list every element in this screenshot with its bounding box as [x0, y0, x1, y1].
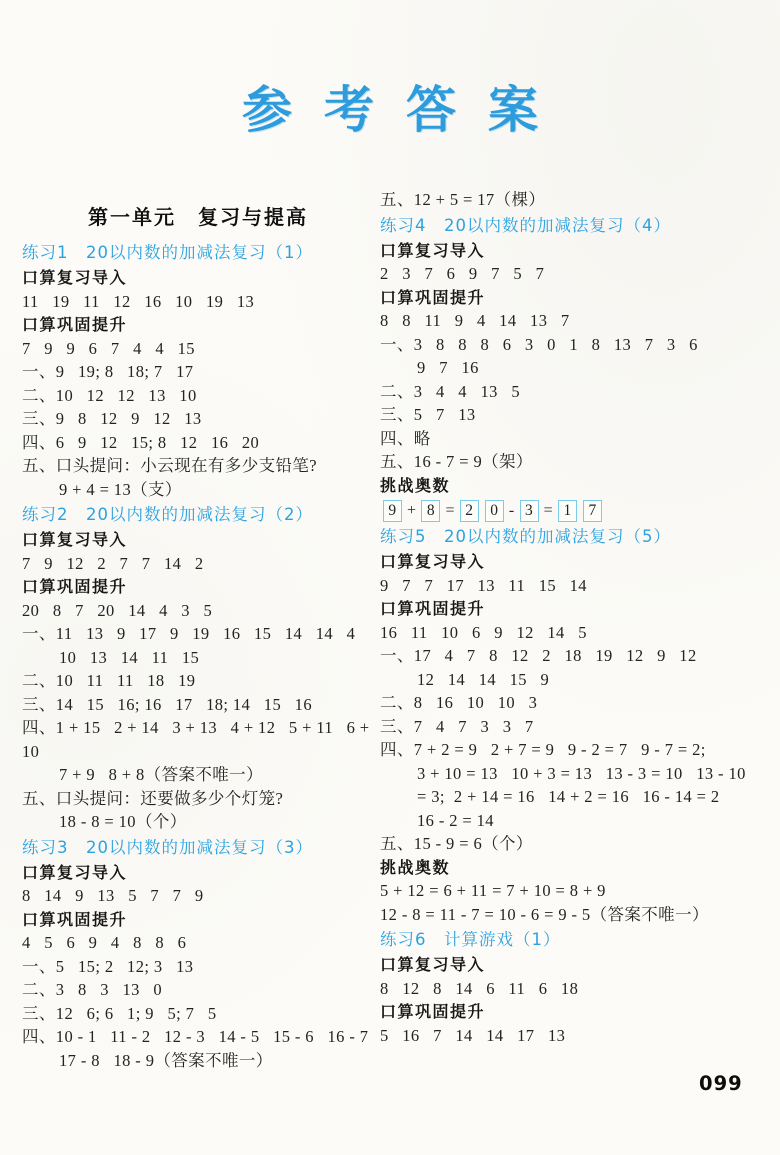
answer-line: 四、略	[380, 427, 752, 451]
answer-line: 一、5 15; 2 12; 3 13	[22, 955, 374, 979]
operator: =	[445, 502, 454, 519]
answer-line-continued: 3 + 10 = 13 10 + 3 = 13 13 - 3 = 10 13 -…	[380, 762, 752, 786]
boxed-digit: 7	[583, 500, 602, 522]
answer-line: 三、9 8 12 9 12 13	[22, 407, 374, 431]
right-column: 五、12 + 5 = 17（棵）练习4 20以内数的加减法复习（4）口算复习导入…	[380, 188, 752, 1047]
answer-line: 二、10 11 11 18 19	[22, 669, 374, 693]
answer-line: 12 - 8 = 11 - 7 = 10 - 6 = 9 - 5（答案不唯一）	[380, 903, 752, 927]
answer-line: 一、17 4 7 8 12 2 18 19 12 9 12	[380, 644, 752, 668]
answer-line: 11 19 11 12 16 10 19 13	[22, 290, 374, 314]
subsection-header: 口算复习导入	[22, 266, 374, 290]
subsection-header: 口算复习导入	[380, 550, 752, 574]
answer-line: 二、8 16 10 10 3	[380, 691, 752, 715]
answer-line: 4 5 6 9 4 8 8 6	[22, 931, 374, 955]
answer-line-continued: 10 13 14 11 15	[22, 646, 374, 670]
answer-line: 五、16 - 7 = 9（架）	[380, 450, 752, 474]
answer-line-continued: 9 7 16	[380, 356, 752, 380]
answer-line: 五、口头提问：还要做多少个灯笼?	[22, 787, 374, 811]
subsection-header: 口算巩固提升	[380, 286, 752, 310]
answer-line-continued: 16 - 2 = 14	[380, 809, 752, 833]
answer-line: 四、7 + 2 = 9 2 + 7 = 9 9 - 2 = 7 9 - 7 = …	[380, 738, 752, 762]
answer-line: 二、3 4 4 13 5	[380, 380, 752, 404]
olympiad-boxed-equation: 9+8=20-3=17	[380, 497, 752, 523]
workbook-page: 参考答案 第一单元 复习与提高练习1 20以内数的加减法复习（1）口算复习导入1…	[0, 0, 780, 1155]
boxed-digit: 1	[558, 500, 577, 522]
page-number: 099	[699, 1072, 743, 1095]
answer-line: 三、5 7 13	[380, 403, 752, 427]
subsection-header: 口算巩固提升	[22, 908, 374, 932]
answer-line: 9 7 7 17 13 11 15 14	[380, 574, 752, 598]
exercise-header: 练习4 20以内数的加减法复习（4）	[380, 212, 752, 239]
answer-line-continued: 17 - 8 18 - 9（答案不唯一）	[22, 1049, 374, 1073]
answer-line-continued: 9 + 4 = 13（支）	[22, 478, 374, 502]
boxed-digit: 8	[421, 500, 440, 522]
answer-line: 五、口头提问：小云现在有多少支铅笔?	[22, 454, 374, 478]
answer-line: 8 14 9 13 5 7 7 9	[22, 884, 374, 908]
answer-line: 三、12 6; 6 1; 9 5; 7 5	[22, 1002, 374, 1026]
answer-line: 一、11 13 9 17 9 19 16 15 14 14 4	[22, 622, 374, 646]
boxed-digit: 0	[485, 500, 504, 522]
subsection-header: 挑战奥数	[380, 856, 752, 880]
answer-line: 7 9 12 2 7 7 14 2	[22, 552, 374, 576]
answer-line: 二、10 12 12 13 10	[22, 384, 374, 408]
answer-line: 5 + 12 = 6 + 11 = 7 + 10 = 8 + 9	[380, 879, 752, 903]
answer-line: 四、1 + 15 2 + 14 3 + 13 4 + 12 5 + 11 6 +…	[22, 716, 374, 763]
exercise-header: 练习6 计算游戏（1）	[380, 926, 752, 953]
answer-line: 20 8 7 20 14 4 3 5	[22, 599, 374, 623]
operator: -	[509, 502, 515, 519]
subsection-header: 口算巩固提升	[22, 575, 374, 599]
answer-line: 四、6 9 12 15; 8 12 16 20	[22, 431, 374, 455]
operator: +	[407, 502, 416, 519]
answer-line: 三、14 15 16; 16 17 18; 14 15 16	[22, 693, 374, 717]
answer-line: 7 9 9 6 7 4 4 15	[22, 337, 374, 361]
answer-line: 5 16 7 14 14 17 13	[380, 1024, 752, 1048]
exercise-header: 练习2 20以内数的加减法复习（2）	[22, 501, 374, 528]
answer-line: 一、9 19; 8 18; 7 17	[22, 360, 374, 384]
boxed-digit: 9	[383, 500, 402, 522]
answer-line: 8 8 11 9 4 14 13 7	[380, 309, 752, 333]
answer-line-continued: 7 + 9 8 + 8（答案不唯一）	[22, 763, 374, 787]
exercise-header: 练习5 20以内数的加减法复习（5）	[380, 523, 752, 550]
subsection-header: 口算巩固提升	[380, 1000, 752, 1024]
boxed-digit: 2	[460, 500, 479, 522]
boxed-digit: 3	[520, 500, 539, 522]
exercise-header: 练习1 20以内数的加减法复习（1）	[22, 239, 374, 266]
answer-line: 16 11 10 6 9 12 14 5	[380, 621, 752, 645]
answer-line: 二、3 8 3 13 0	[22, 978, 374, 1002]
answer-line: 四、10 - 1 11 - 2 12 - 3 14 - 5 15 - 6 16 …	[22, 1025, 374, 1049]
subsection-header: 口算复习导入	[22, 528, 374, 552]
subsection-header: 挑战奥数	[380, 474, 752, 498]
answer-line-continued: 18 - 8 = 10（个）	[22, 810, 374, 834]
exercise-header: 练习3 20以内数的加减法复习（3）	[22, 834, 374, 861]
answer-line: 一、3 8 8 8 6 3 0 1 8 13 7 3 6	[380, 333, 752, 357]
page-title: 参考答案	[0, 70, 780, 142]
answer-line: 8 12 8 14 6 11 6 18	[380, 977, 752, 1001]
subsection-header: 口算巩固提升	[22, 313, 374, 337]
subsection-header: 口算复习导入	[380, 239, 752, 263]
answer-line: 三、7 4 7 3 3 7	[380, 715, 752, 739]
answer-line-continued: = 3; 2 + 14 = 16 14 + 2 = 16 16 - 14 = 2	[380, 785, 752, 809]
answer-line: 2 3 7 6 9 7 5 7	[380, 262, 752, 286]
left-column: 第一单元 复习与提高练习1 20以内数的加减法复习（1）口算复习导入11 19 …	[22, 202, 374, 1072]
unit-header: 第一单元 复习与提高	[22, 202, 374, 232]
answer-line: 五、12 + 5 = 17（棵）	[380, 188, 752, 212]
subsection-header: 口算复习导入	[380, 953, 752, 977]
answer-line-continued: 12 14 14 15 9	[380, 668, 752, 692]
answer-line: 五、15 - 9 = 6（个）	[380, 832, 752, 856]
subsection-header: 口算复习导入	[22, 861, 374, 885]
operator: =	[544, 502, 553, 519]
subsection-header: 口算巩固提升	[380, 597, 752, 621]
